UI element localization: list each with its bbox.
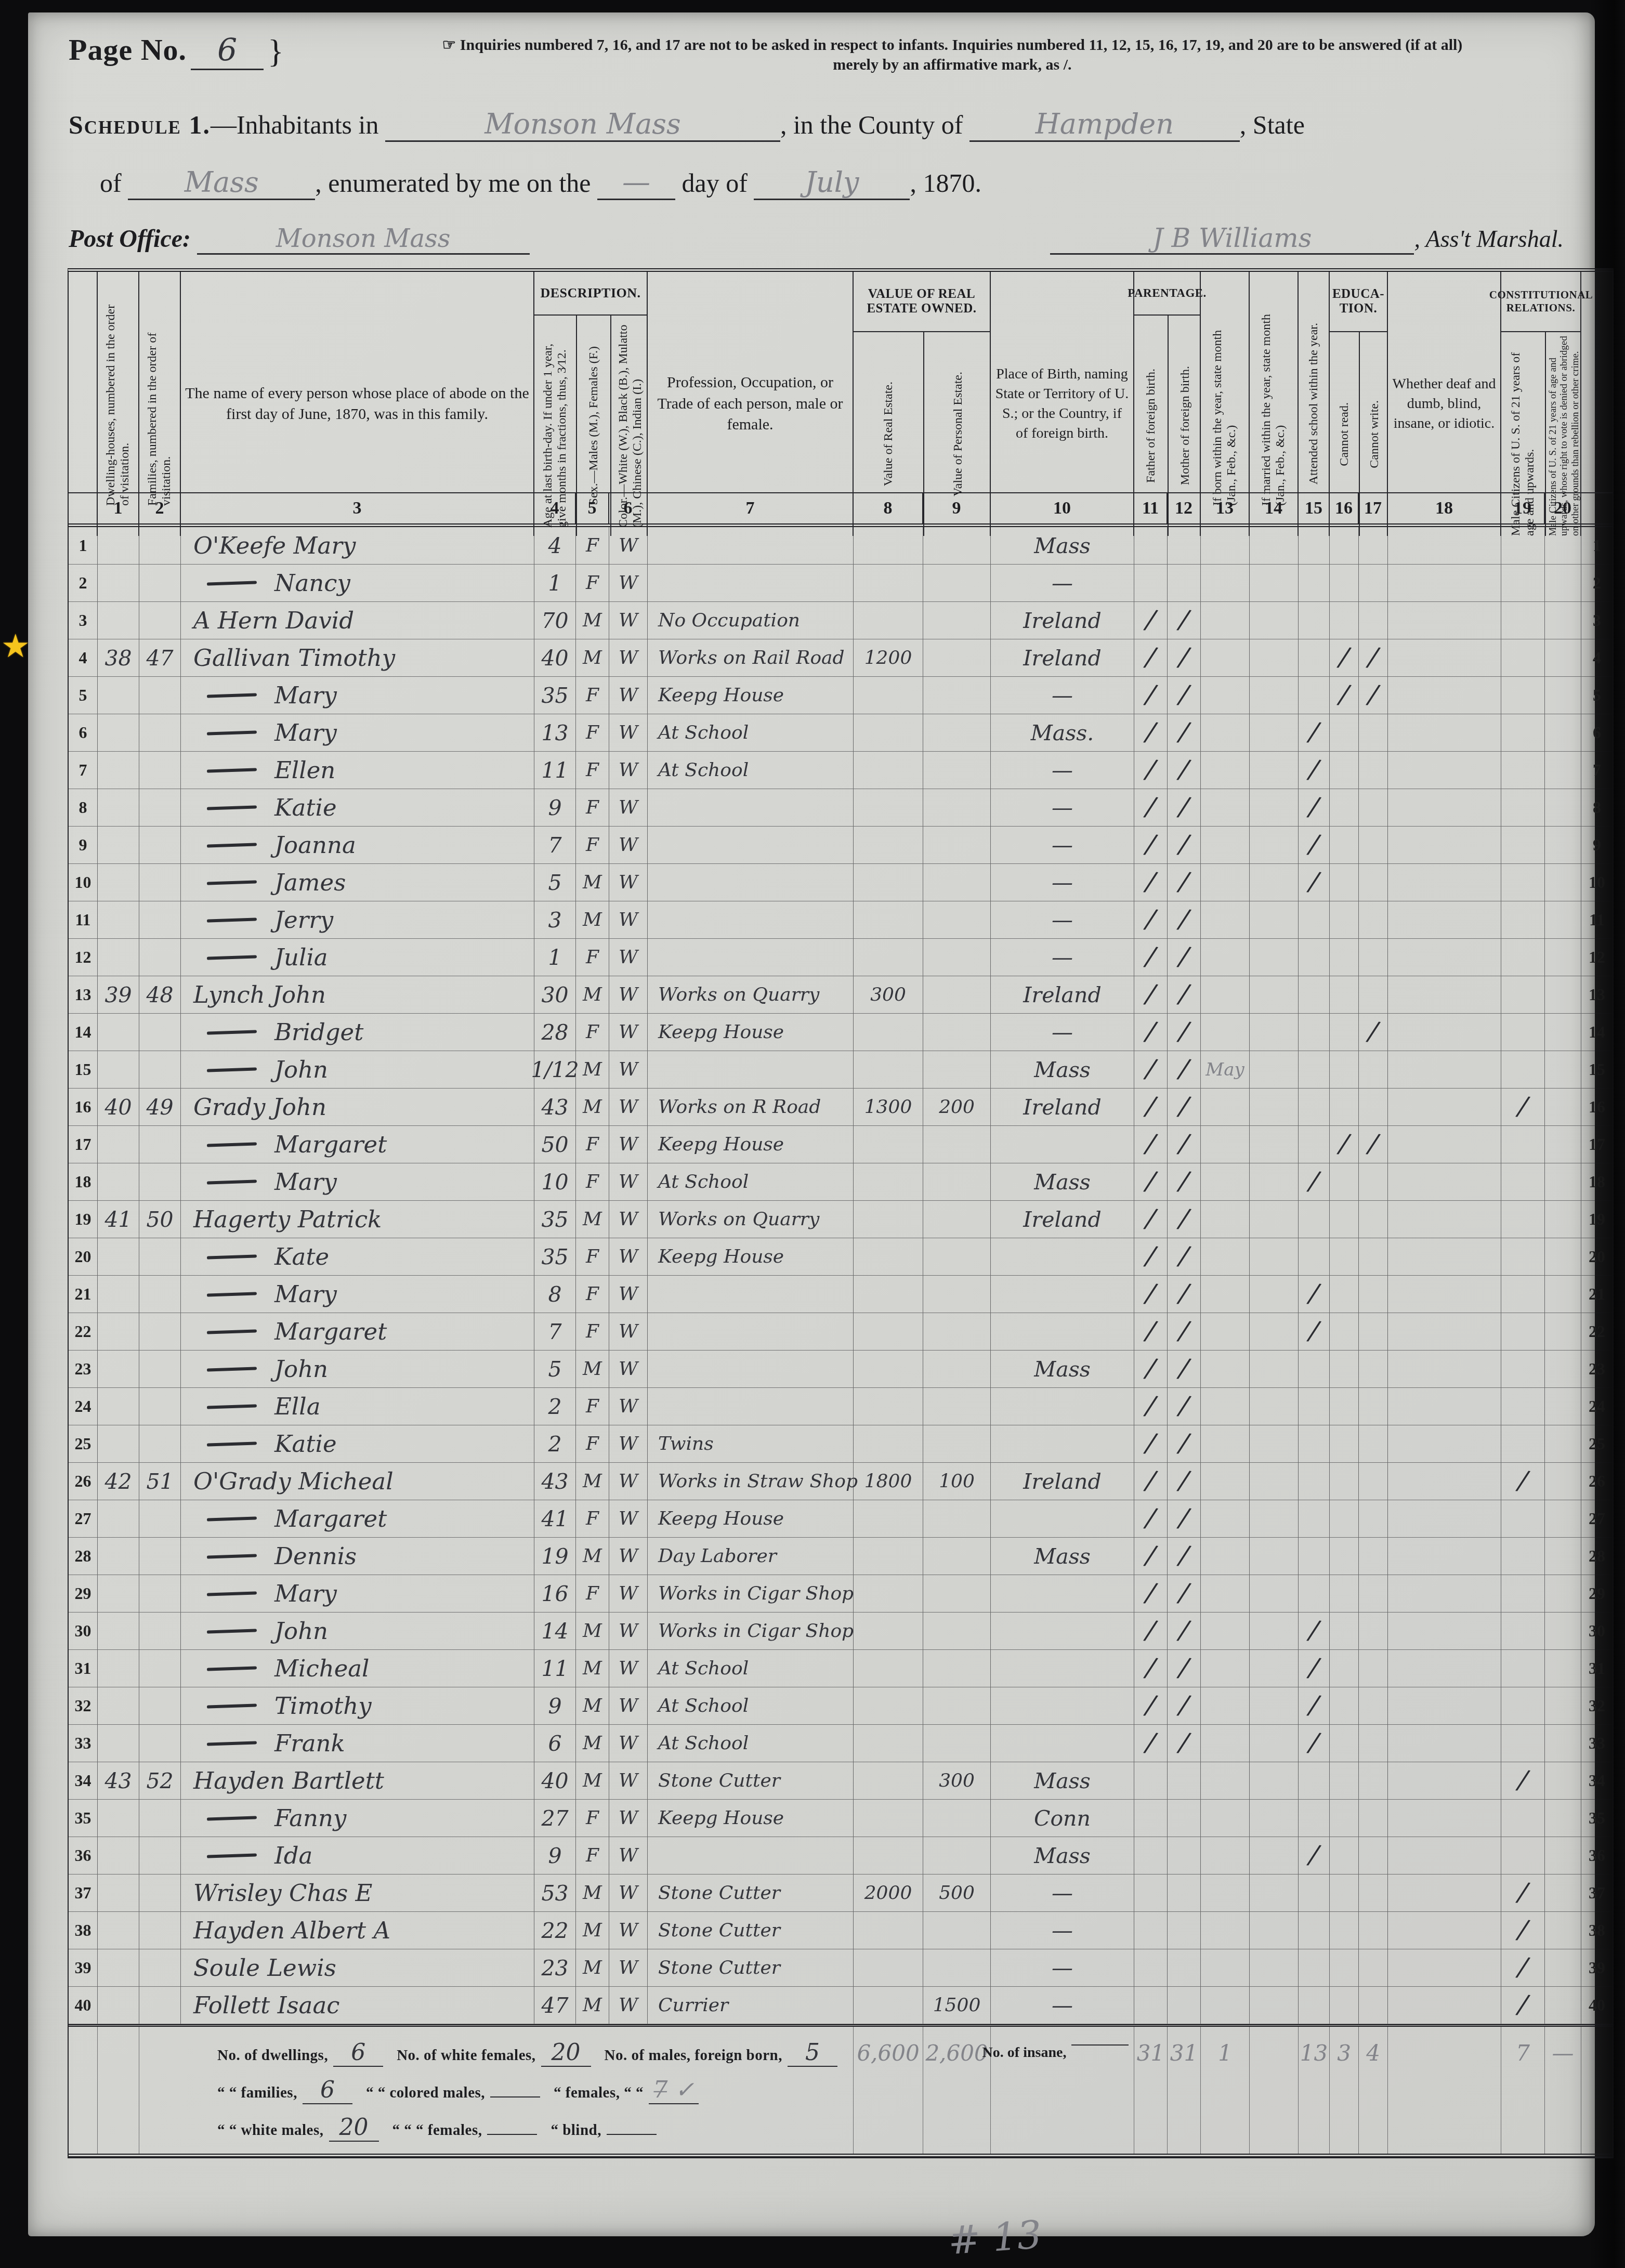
cell-occupation: At School — [648, 1650, 854, 1687]
cell-col13 — [1201, 1351, 1250, 1388]
cell-col14 — [1250, 827, 1299, 864]
affirmative-tick-mark: / — [1308, 866, 1320, 897]
cell-col16 — [1330, 1351, 1359, 1388]
cell-col11: / — [1134, 1014, 1168, 1051]
row-number-left: 2 — [69, 565, 98, 602]
cell-occupation: At School — [648, 1163, 854, 1201]
cell-col14 — [1250, 1650, 1299, 1687]
cell-sex: M — [576, 1051, 609, 1089]
affirmative-tick-mark: / — [1145, 1540, 1157, 1570]
cell-col12: / — [1168, 752, 1201, 789]
cell-col16 — [1330, 1089, 1359, 1126]
cell-age: 35 — [534, 677, 576, 714]
cell-col13 — [1201, 565, 1250, 602]
cell-age: 2 — [534, 1425, 576, 1463]
cell-personal-estate — [923, 1388, 991, 1425]
cell-col20 — [1545, 1051, 1581, 1089]
cell-name: O'Grady Micheal — [181, 1463, 534, 1500]
row-number-left: 9 — [69, 827, 98, 864]
cell-age: 28 — [534, 1014, 576, 1051]
cell-col18 — [1388, 1687, 1501, 1725]
row-number-left: 14 — [69, 1014, 98, 1051]
col14-total — [1250, 2027, 1299, 2154]
cell-col15: / — [1299, 864, 1330, 901]
cell-name: Lynch John — [181, 976, 534, 1014]
cell-col19 — [1501, 1687, 1545, 1725]
cell-family — [139, 1051, 181, 1089]
cell-personal-estate — [923, 976, 991, 1014]
cell-col11 — [1134, 1800, 1168, 1837]
cell-col17 — [1359, 1425, 1388, 1463]
cell-col13 — [1201, 677, 1250, 714]
cell-col12: / — [1168, 1612, 1201, 1650]
cell-col12: / — [1168, 864, 1201, 901]
row-number-left: 20 — [69, 1238, 98, 1276]
cell-color: W — [609, 1650, 648, 1687]
cell-birthplace — [991, 1388, 1134, 1425]
cell-col11: / — [1134, 827, 1168, 864]
person-name: Ida — [274, 1842, 312, 1869]
cell-col15 — [1299, 1575, 1330, 1612]
cell-col11: / — [1134, 1612, 1168, 1650]
row-number-left: 33 — [69, 1725, 98, 1762]
row-number-left: 31 — [69, 1650, 98, 1687]
cell-col12: / — [1168, 1463, 1201, 1500]
cell-sex: F — [576, 1500, 609, 1538]
cell-age: 23 — [534, 1949, 576, 1987]
cell-occupation: Stone Cutter — [648, 1874, 854, 1912]
cell-col20 — [1545, 1874, 1581, 1912]
enumeration-line: of Mass , enumerated by me on the — day … — [69, 166, 1564, 200]
person-name: James — [274, 869, 346, 896]
cell-color: W — [609, 1762, 648, 1800]
ditto-dash — [207, 1367, 257, 1371]
cell-col11: / — [1134, 1500, 1168, 1538]
cell-occupation: At School — [648, 1687, 854, 1725]
cell-dwelling: 40 — [98, 1089, 139, 1126]
cell-col19 — [1501, 714, 1545, 752]
cell-col14 — [1250, 1837, 1299, 1874]
row-number-left: 15 — [69, 1051, 98, 1089]
cell-col16 — [1330, 901, 1359, 939]
cell-col15: / — [1299, 752, 1330, 789]
cell-color: W — [609, 1949, 648, 1987]
cell-occupation: No Occupation — [648, 602, 854, 639]
cell-col18 — [1388, 1163, 1501, 1201]
table-row: 33Frank6MWAt School///33 — [69, 1725, 1613, 1762]
cell-col17 — [1359, 1201, 1388, 1238]
cell-col11 — [1134, 1762, 1168, 1800]
cell-family — [139, 527, 181, 565]
cell-col16 — [1330, 1837, 1359, 1874]
cell-col15 — [1299, 677, 1330, 714]
cell-name: Ida — [181, 1837, 534, 1874]
cell-real-estate: 1300 — [854, 1089, 923, 1126]
cell-col14 — [1250, 864, 1299, 901]
cell-col17 — [1359, 1575, 1388, 1612]
cell-personal-estate — [923, 1912, 991, 1949]
cell-dwelling — [98, 939, 139, 976]
families-total-label: “ “ families, — [217, 2085, 297, 2102]
cell-col16 — [1330, 864, 1359, 901]
cell-birthplace: Mass — [991, 1538, 1134, 1575]
cell-col12: / — [1168, 1014, 1201, 1051]
cell-col14 — [1250, 714, 1299, 752]
person-name: Micheal — [274, 1655, 370, 1682]
cell-age: 3 — [534, 901, 576, 939]
col13-total: 1 — [1201, 2027, 1250, 2154]
cell-col16 — [1330, 939, 1359, 976]
cell-col14 — [1250, 677, 1299, 714]
cell-dwelling — [98, 1612, 139, 1650]
table-row: 27Margaret41FWKeepg House//27 — [69, 1500, 1613, 1538]
description-group-label: Description. — [534, 272, 647, 316]
page-no-label: Page No. — [69, 32, 187, 67]
affirmative-tick-mark: / — [1178, 1652, 1190, 1683]
cell-real-estate — [854, 864, 923, 901]
cell-col12: / — [1168, 1650, 1201, 1687]
cell-personal-estate — [923, 864, 991, 901]
cell-col20 — [1545, 1201, 1581, 1238]
cell-col20 — [1545, 1126, 1581, 1163]
cell-col12: / — [1168, 1687, 1201, 1725]
cell-col11: / — [1134, 1388, 1168, 1425]
cell-personal-estate — [923, 639, 991, 677]
cell-col13 — [1201, 1500, 1250, 1538]
cell-age: 27 — [534, 1800, 576, 1837]
cell-col15 — [1299, 565, 1330, 602]
cell-sex: M — [576, 1987, 609, 2024]
cell-col16 — [1330, 1313, 1359, 1351]
row-number-left: 3 — [69, 602, 98, 639]
state-field: Mass — [128, 166, 315, 200]
cell-age: 9 — [534, 1687, 576, 1725]
cell-col12: / — [1168, 1575, 1201, 1612]
cell-col17 — [1359, 1388, 1388, 1425]
cell-sex: M — [576, 639, 609, 677]
affirmative-tick-mark: / — [1145, 1016, 1157, 1046]
cell-col18 — [1388, 565, 1501, 602]
cell-birthplace — [991, 1575, 1134, 1612]
cell-col18 — [1388, 527, 1501, 565]
cell-family — [139, 1313, 181, 1351]
cell-col15 — [1299, 1762, 1330, 1800]
cell-birthplace — [991, 1725, 1134, 1762]
cell-sex: M — [576, 1351, 609, 1388]
affirmative-tick-mark: / — [1308, 791, 1320, 822]
row-number-left: 10 — [69, 864, 98, 901]
cell-dwelling — [98, 1687, 139, 1725]
cell-sex: F — [576, 1276, 609, 1313]
cell-family — [139, 1538, 181, 1575]
cell-occupation: At School — [648, 714, 854, 752]
cell-age: 16 — [534, 1575, 576, 1612]
affirmative-tick-mark: / — [1145, 641, 1157, 672]
table-row: 11Jerry3MW—//11 — [69, 901, 1613, 939]
cell-col19 — [1501, 602, 1545, 639]
cell-col14 — [1250, 1388, 1299, 1425]
cell-col14 — [1250, 602, 1299, 639]
cell-age: 9 — [534, 789, 576, 827]
cell-col18 — [1388, 1612, 1501, 1650]
person-name: Mary — [274, 719, 337, 746]
cell-col13 — [1201, 527, 1250, 565]
affirmative-tick-mark: / — [1145, 1689, 1157, 1720]
cell-col19 — [1501, 1725, 1545, 1762]
person-name: Jerry — [274, 906, 333, 934]
affirmative-tick-mark: / — [1178, 1615, 1190, 1645]
post-office-label: Post Office: — [69, 225, 191, 253]
post-office-line: Post Office: Monson Mass J B Williams , … — [69, 223, 1564, 255]
table-row: 3A Hern David70MWNo OccupationIreland//3 — [69, 602, 1613, 639]
cell-real-estate — [854, 939, 923, 976]
cell-col11 — [1134, 1912, 1168, 1949]
ditto-dash — [207, 1741, 257, 1746]
cell-color: W — [609, 1538, 648, 1575]
cell-birthplace: Mass — [991, 1163, 1134, 1201]
footer-totals-block: No. of dwellings, 6 No. of white females… — [139, 2027, 854, 2154]
cell-col12: / — [1168, 1725, 1201, 1762]
cell-color: W — [609, 1126, 648, 1163]
affirmative-tick-mark: / — [1145, 1615, 1157, 1645]
ditto-dash — [207, 1554, 257, 1558]
cell-sex: F — [576, 527, 609, 565]
cell-dwelling — [98, 1837, 139, 1874]
ditto-dash — [207, 1516, 257, 1521]
row-number-left: 26 — [69, 1463, 98, 1500]
cell-col12 — [1168, 1762, 1201, 1800]
post-office-field: Monson Mass — [197, 224, 530, 255]
cell-personal-estate — [923, 1837, 991, 1874]
cell-occupation — [648, 864, 854, 901]
person-name: Mary — [274, 1280, 337, 1308]
cell-col20 — [1545, 1425, 1581, 1463]
cell-personal-estate: 500 — [923, 1874, 991, 1912]
cell-family — [139, 1912, 181, 1949]
cell-col17 — [1359, 1949, 1388, 1987]
person-name: Bridget — [274, 1018, 363, 1046]
cell-occupation: Stone Cutter — [648, 1912, 854, 1949]
row-number-left: 32 — [69, 1687, 98, 1725]
cell-family — [139, 1874, 181, 1912]
affirmative-tick-mark: / — [1178, 978, 1190, 1009]
cell-col20 — [1545, 1089, 1581, 1126]
cell-name: John — [181, 1612, 534, 1650]
affirmative-tick-mark: / — [1145, 679, 1157, 710]
cell-birthplace — [991, 1687, 1134, 1725]
table-row: 15John1/12MWMass//May15 — [69, 1051, 1613, 1089]
schedule-line: Schedule 1. —Inhabitants in Monson Mass … — [69, 108, 1564, 142]
table-row: 264251O'Grady Micheal43MWWorks in Straw … — [69, 1463, 1613, 1500]
cell-occupation: Works in Cigar Shop — [648, 1612, 854, 1650]
cell-col12 — [1168, 1874, 1201, 1912]
cell-birthplace: Ireland — [991, 976, 1134, 1014]
cell-family — [139, 1987, 181, 2024]
cell-col19 — [1501, 864, 1545, 901]
cell-birthplace: — — [991, 939, 1134, 976]
cell-age: 5 — [534, 1351, 576, 1388]
cell-occupation — [648, 789, 854, 827]
cell-col16 — [1330, 789, 1359, 827]
cell-birthplace — [991, 1238, 1134, 1276]
cell-col13 — [1201, 901, 1250, 939]
cell-col15 — [1299, 939, 1330, 976]
ditto-dash — [207, 1067, 257, 1072]
person-name: Katie — [274, 1430, 337, 1458]
cell-color: W — [609, 1575, 648, 1612]
cell-personal-estate — [923, 1650, 991, 1687]
county-field: Hampden — [969, 108, 1240, 142]
cell-col11: / — [1134, 1238, 1168, 1276]
cell-real-estate — [854, 752, 923, 789]
cell-sex: M — [576, 1912, 609, 1949]
cell-sex: F — [576, 827, 609, 864]
cell-col19: / — [1501, 1874, 1545, 1912]
person-name: Julia — [274, 943, 328, 971]
insane-total-label: No. of insane, — [982, 2044, 1067, 2061]
cell-col20 — [1545, 939, 1581, 976]
cell-personal-estate — [923, 1725, 991, 1762]
column-number: 12 — [1168, 493, 1201, 523]
cell-occupation — [648, 939, 854, 976]
cell-col19 — [1501, 1388, 1545, 1425]
foreign-females-total-label: “ females, “ “ — [554, 2085, 644, 2102]
cell-col13 — [1201, 1463, 1250, 1500]
cell-name: Frank — [181, 1725, 534, 1762]
cell-dwelling — [98, 1051, 139, 1089]
affirmative-tick-mark: / — [1178, 791, 1190, 822]
cell-col14 — [1250, 1500, 1299, 1538]
cell-col19 — [1501, 1238, 1545, 1276]
cell-col20 — [1545, 1800, 1581, 1837]
cell-family: 49 — [139, 1089, 181, 1126]
real-estate-group-label: Value of Real Estate Owned. — [854, 272, 990, 332]
cell-name: Katie — [181, 1425, 534, 1463]
table-row: 8Katie9FW—///8 — [69, 789, 1613, 827]
cell-col13 — [1201, 1987, 1250, 2024]
table-header: Dwelling-houses, numbered in the order o… — [69, 272, 1613, 492]
cell-dwelling — [98, 864, 139, 901]
cell-real-estate — [854, 1687, 923, 1725]
cell-sex: F — [576, 677, 609, 714]
cell-col18 — [1388, 976, 1501, 1014]
cell-col13 — [1201, 827, 1250, 864]
colored-males-total-label: “ “ colored males, — [366, 2085, 485, 2102]
cell-col13 — [1201, 1313, 1250, 1351]
cell-personal-estate: 100 — [923, 1463, 991, 1500]
cell-col17 — [1359, 1612, 1388, 1650]
cell-col14 — [1250, 1276, 1299, 1313]
cell-col16: / — [1330, 639, 1359, 677]
cell-personal-estate — [923, 1238, 991, 1276]
cell-col19 — [1501, 939, 1545, 976]
cell-color: W — [609, 1388, 648, 1425]
cell-col16 — [1330, 1612, 1359, 1650]
cell-col15: / — [1299, 1687, 1330, 1725]
cell-col14 — [1250, 1463, 1299, 1500]
cell-col19 — [1501, 976, 1545, 1014]
blind-total-label: “ blind, — [551, 2122, 601, 2139]
cell-col18 — [1388, 1276, 1501, 1313]
cell-occupation — [648, 1276, 854, 1313]
person-name: Hayden Bartlett — [193, 1767, 384, 1794]
page-header: Page No. 6 } ☞ Inquiries numbered 7, 16,… — [28, 12, 1595, 255]
person-name: Gallivan Timothy — [193, 644, 395, 672]
cell-col13 — [1201, 1575, 1250, 1612]
cell-col14 — [1250, 1051, 1299, 1089]
cell-col11: / — [1134, 1163, 1168, 1201]
cell-real-estate — [854, 1388, 923, 1425]
cell-col16 — [1330, 1874, 1359, 1912]
cell-family — [139, 677, 181, 714]
cell-col14 — [1250, 1201, 1299, 1238]
column-number: 17 — [1359, 493, 1388, 523]
affirmative-tick-mark: / — [1145, 716, 1157, 747]
cell-col12: / — [1168, 639, 1201, 677]
cell-col15: / — [1299, 1612, 1330, 1650]
cell-age: 2 — [534, 1388, 576, 1425]
cell-col12: / — [1168, 1313, 1201, 1351]
cell-color: W — [609, 1612, 648, 1650]
cell-family — [139, 1575, 181, 1612]
table-row: 344352Hayden Bartlett40MWStone Cutter300… — [69, 1762, 1613, 1800]
cell-color: W — [609, 1687, 648, 1725]
cell-col13 — [1201, 789, 1250, 827]
cell-real-estate — [854, 1201, 923, 1238]
row-number-left: 8 — [69, 789, 98, 827]
affirmative-tick-mark: / — [1178, 829, 1190, 859]
cell-real-estate — [854, 1800, 923, 1837]
cell-occupation — [648, 901, 854, 939]
cell-col15 — [1299, 1388, 1330, 1425]
cell-col13 — [1201, 1912, 1250, 1949]
affirmative-tick-mark: / — [1145, 1240, 1157, 1271]
cell-col20 — [1545, 1949, 1581, 1987]
cell-col16 — [1330, 1687, 1359, 1725]
cell-col20 — [1545, 864, 1581, 901]
cell-sex: F — [576, 1425, 609, 1463]
cell-occupation: Stone Cutter — [648, 1949, 854, 1987]
cell-sex: M — [576, 864, 609, 901]
table-row: 133948Lynch John30MWWorks on Quarry300Ir… — [69, 976, 1613, 1014]
cell-col13 — [1201, 1425, 1250, 1463]
affirmative-tick-mark: / — [1178, 754, 1190, 784]
cell-col12: / — [1168, 1238, 1201, 1276]
cell-family — [139, 789, 181, 827]
cell-age: 43 — [534, 1463, 576, 1500]
row-number-left: 37 — [69, 1874, 98, 1912]
cell-col12: / — [1168, 1425, 1201, 1463]
cell-col11: / — [1134, 976, 1168, 1014]
cell-color: W — [609, 1800, 648, 1837]
cell-col16 — [1330, 1276, 1359, 1313]
cell-color: W — [609, 1912, 648, 1949]
census-table: Dwelling-houses, numbered in the order o… — [68, 268, 1614, 2158]
cell-family — [139, 1351, 181, 1388]
cell-color: W — [609, 1463, 648, 1500]
affirmative-tick-mark: / — [1178, 1091, 1190, 1121]
cell-col12: / — [1168, 939, 1201, 976]
row-number-left: 27 — [69, 1500, 98, 1538]
cell-col13 — [1201, 976, 1250, 1014]
cell-occupation — [648, 827, 854, 864]
cell-col19 — [1501, 1575, 1545, 1612]
ditto-dash — [207, 1629, 257, 1633]
cell-family — [139, 1238, 181, 1276]
cell-col17 — [1359, 939, 1388, 976]
cell-name: Wrisley Chas E — [181, 1874, 534, 1912]
cell-col19 — [1501, 752, 1545, 789]
